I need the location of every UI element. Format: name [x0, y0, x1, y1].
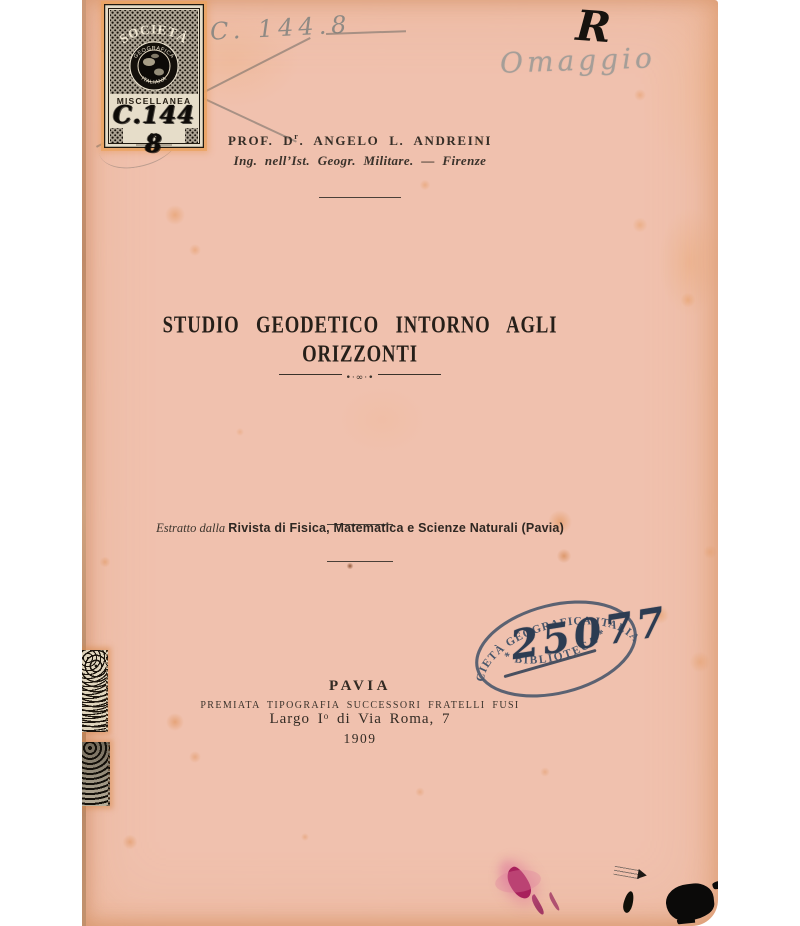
- author-rule: [82, 185, 638, 203]
- author-name-rest: . ANGELO L. ANDREINI: [299, 133, 492, 148]
- title-divider: •·∞·•: [82, 368, 638, 381]
- extract-journal-name: Rivista di Fisica, Matematica e Scienze …: [228, 521, 564, 535]
- divider-ornament: •·∞·•: [342, 373, 379, 383]
- imprint-address-pre: Largo I: [269, 711, 323, 727]
- extract-rule-bottom: [82, 549, 638, 567]
- spine-stamp-fragment: [82, 650, 108, 732]
- spine-stamp-fragment: [82, 742, 110, 806]
- extract-prefix: Estratto dalla: [156, 521, 228, 535]
- imprint-address: Largo Io di Via Roma, 7: [82, 711, 638, 728]
- extract-line: Estratto dalla Rivista di Fisica, Matema…: [82, 521, 638, 536]
- page-title: STUDIO GEODETICO INTORNO AGLI ORIZZONTI: [124, 310, 597, 368]
- imprint-address-post: di Via Roma, 7: [329, 711, 450, 727]
- author-role: Ing. nell’Ist. Geogr. Militare. — Firenz…: [82, 153, 638, 169]
- author-name: PROF. Dr. ANGELO L. ANDREINI: [82, 132, 638, 149]
- letterpress-column: PROF. Dr. ANGELO L. ANDREINI Ing. nell’I…: [82, 0, 638, 926]
- imprint-year: 1909: [82, 731, 638, 747]
- scanner-background: { "annotations": { "shelf_mark": "C. 144…: [0, 0, 800, 926]
- ink-blot-large: [664, 882, 716, 923]
- author-name-prefix: PROF. D: [228, 133, 294, 148]
- book-cover-page: SOCIETÀ GEOGRAFICA ITALIANA MISCELLANEA …: [82, 0, 718, 926]
